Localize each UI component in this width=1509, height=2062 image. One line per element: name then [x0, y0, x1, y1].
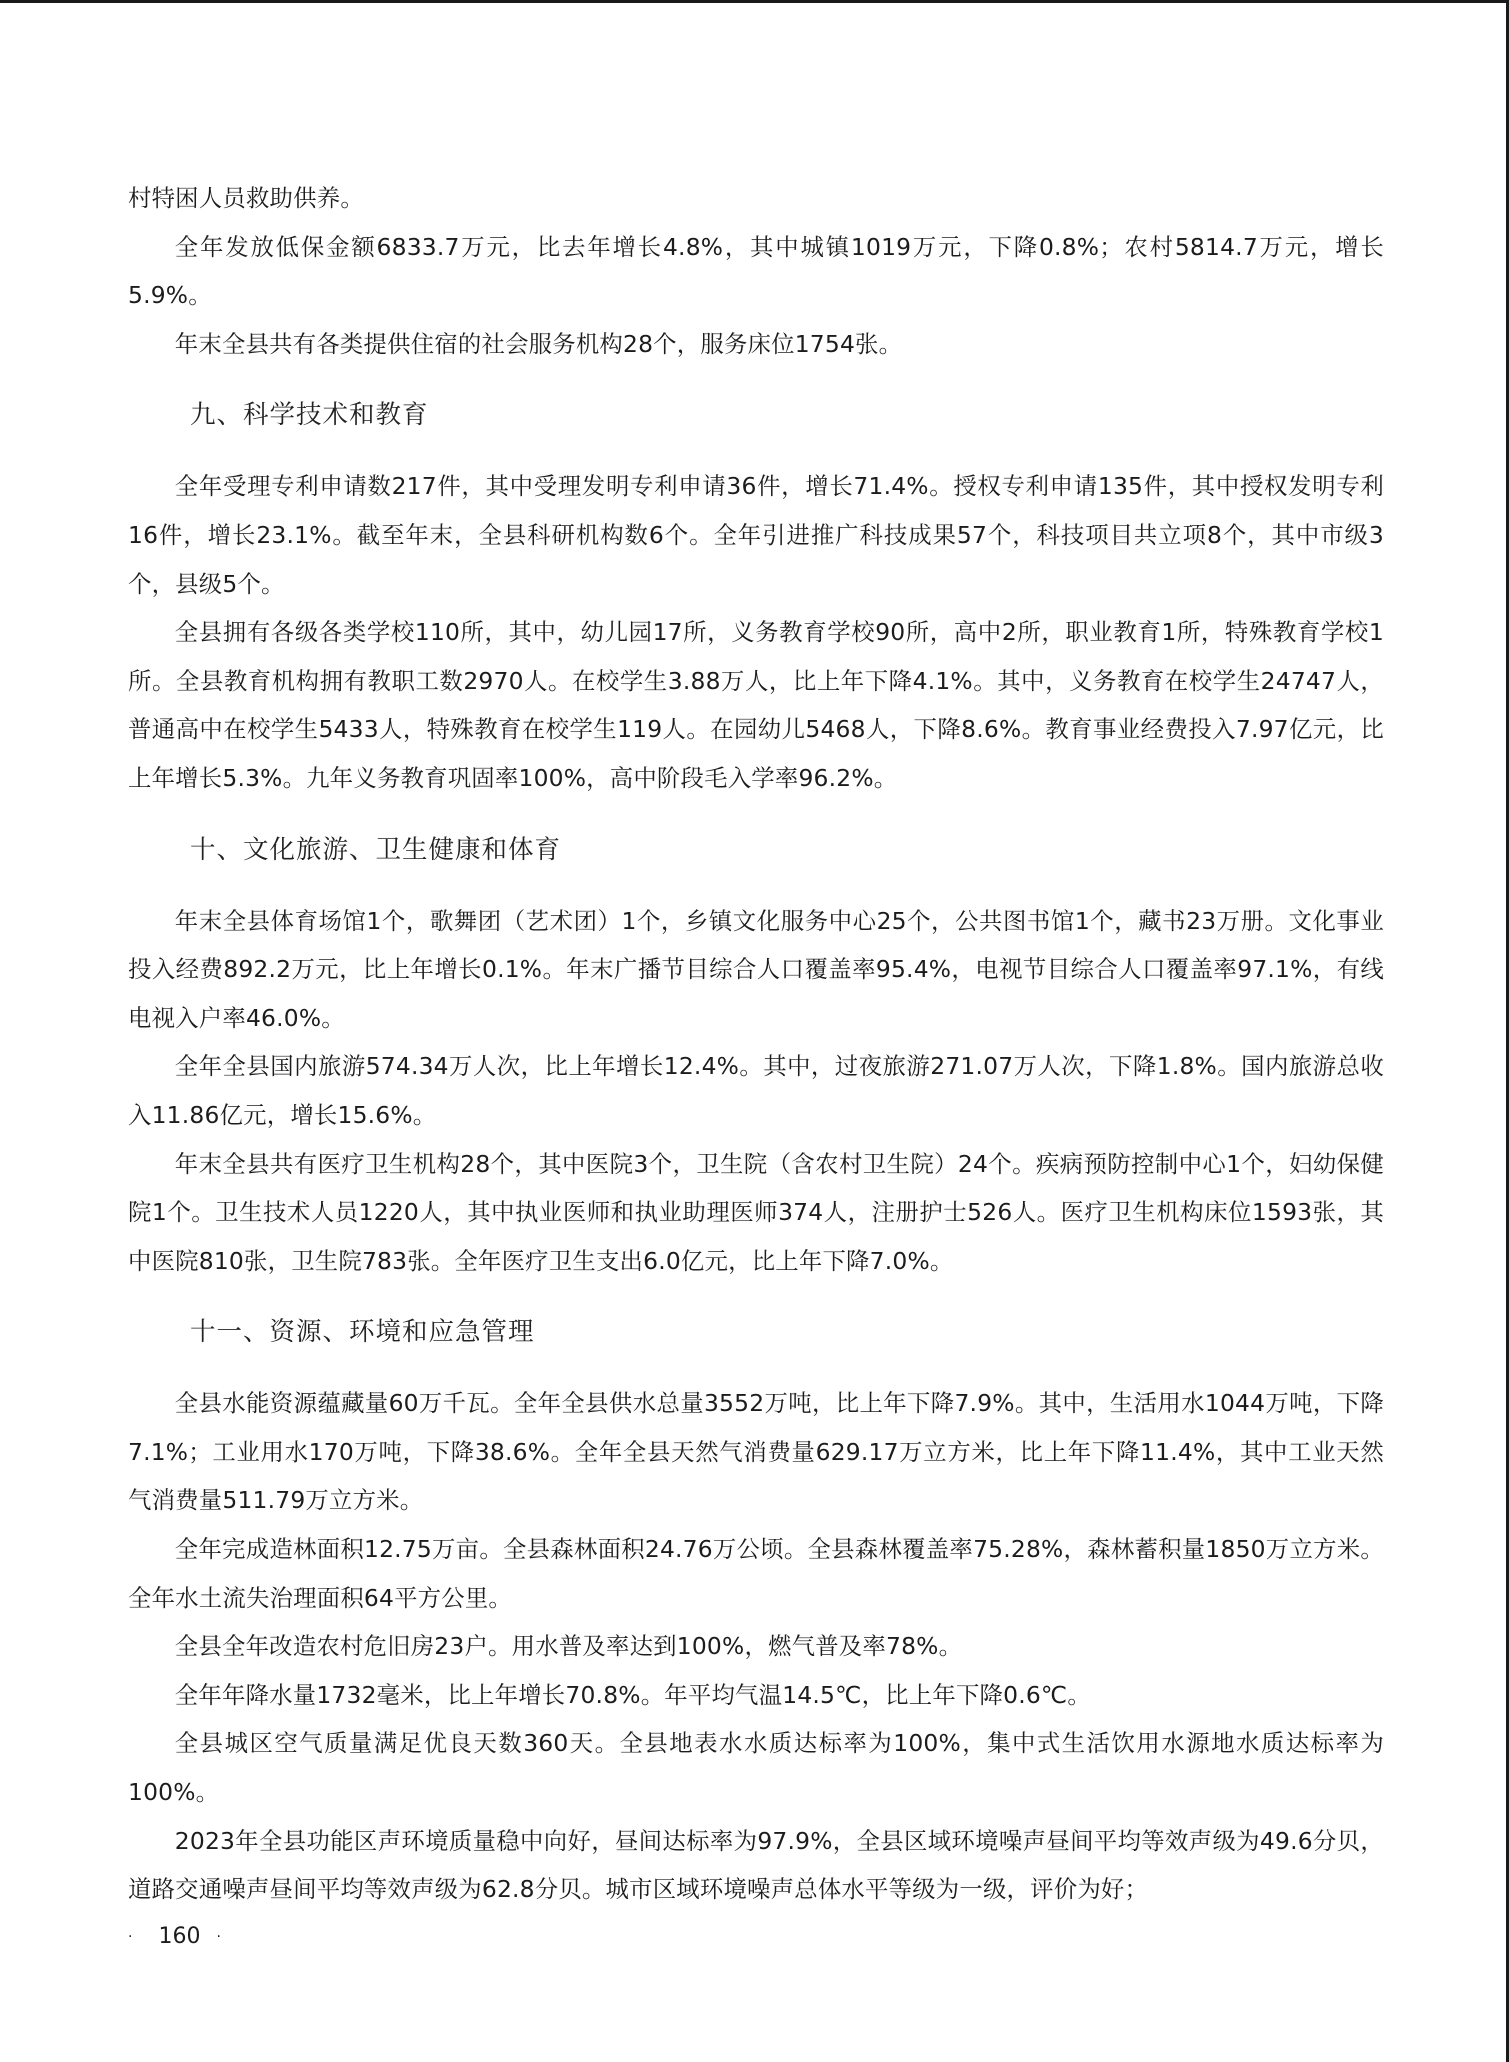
paragraph-culture: 年末全县体育场馆1个，歌舞团（艺术团）1个，乡镇文化服务中心25个，公共图书馆1… [128, 897, 1384, 1043]
paragraph-healthcare: 年末全县共有医疗卫生机构28个，其中医院3个，卫生院（含农村卫生院）24个。疾病… [128, 1140, 1384, 1286]
paragraph-air-water-quality: 全县城区空气质量满足优良天数360天。全县地表水水质达标率为100%，集中式生活… [128, 1719, 1384, 1816]
paragraph-noise: 2023年全县功能区声环境质量稳中向好，昼间达标率为97.9%，全县区域环境噪声… [128, 1817, 1384, 1914]
paragraph-forestry: 全年完成造林面积12.75万亩。全县森林面积24.76万公顷。全县森林覆盖率75… [128, 1525, 1384, 1622]
paragraph-housing: 全县全年改造农村危旧房23户。用水普及率达到100%，燃气普及率78%。 [128, 1622, 1384, 1671]
section-heading-culture-health-sports: 十、文化旅游、卫生健康和体育 [128, 826, 1384, 874]
footer-dot-left: · [128, 1929, 132, 1945]
section-heading-science-education: 九、科学技术和教育 [128, 391, 1384, 439]
section-heading-resources-environment: 十一、资源、环境和应急管理 [128, 1308, 1384, 1356]
paragraph-water-gas: 全县水能资源蕴藏量60万千瓦。全年全县供水总量3552万吨，比上年下降7.9%。… [128, 1379, 1384, 1525]
paragraph-social-assistance-continued: 村特困人员救助供养。 [128, 174, 1384, 223]
page-border-top [0, 0, 1509, 3]
paragraph-tourism: 全年全县国内旅游574.34万人次，比上年增长12.4%。其中，过夜旅游271.… [128, 1042, 1384, 1139]
paragraph-climate: 全年年降水量1732毫米，比上年增长70.8%。年平均气温14.5℃，比上年下降… [128, 1671, 1384, 1720]
footer-dot-right: · [216, 1929, 220, 1945]
paragraph-patents: 全年受理专利申请数217件，其中受理发明专利申请36件，增长71.4%。授权专利… [128, 462, 1384, 608]
document-page: 村特困人员救助供养。 全年发放低保金额6833.7万元，比去年增长4.8%，其中… [128, 174, 1384, 1914]
paragraph-schools: 全县拥有各级各类学校110所，其中，幼儿园17所，义务教育学校90所，高中2所，… [128, 608, 1384, 802]
paragraph-minimum-living-allowance: 全年发放低保金额6833.7万元，比去年增长4.8%，其中城镇1019万元，下降… [128, 223, 1384, 320]
page-number: 160 [158, 1924, 200, 1949]
page-footer: ·160· [128, 1922, 221, 1952]
paragraph-social-service-institutions: 年末全县共有各类提供住宿的社会服务机构28个，服务床位1754张。 [128, 320, 1384, 369]
